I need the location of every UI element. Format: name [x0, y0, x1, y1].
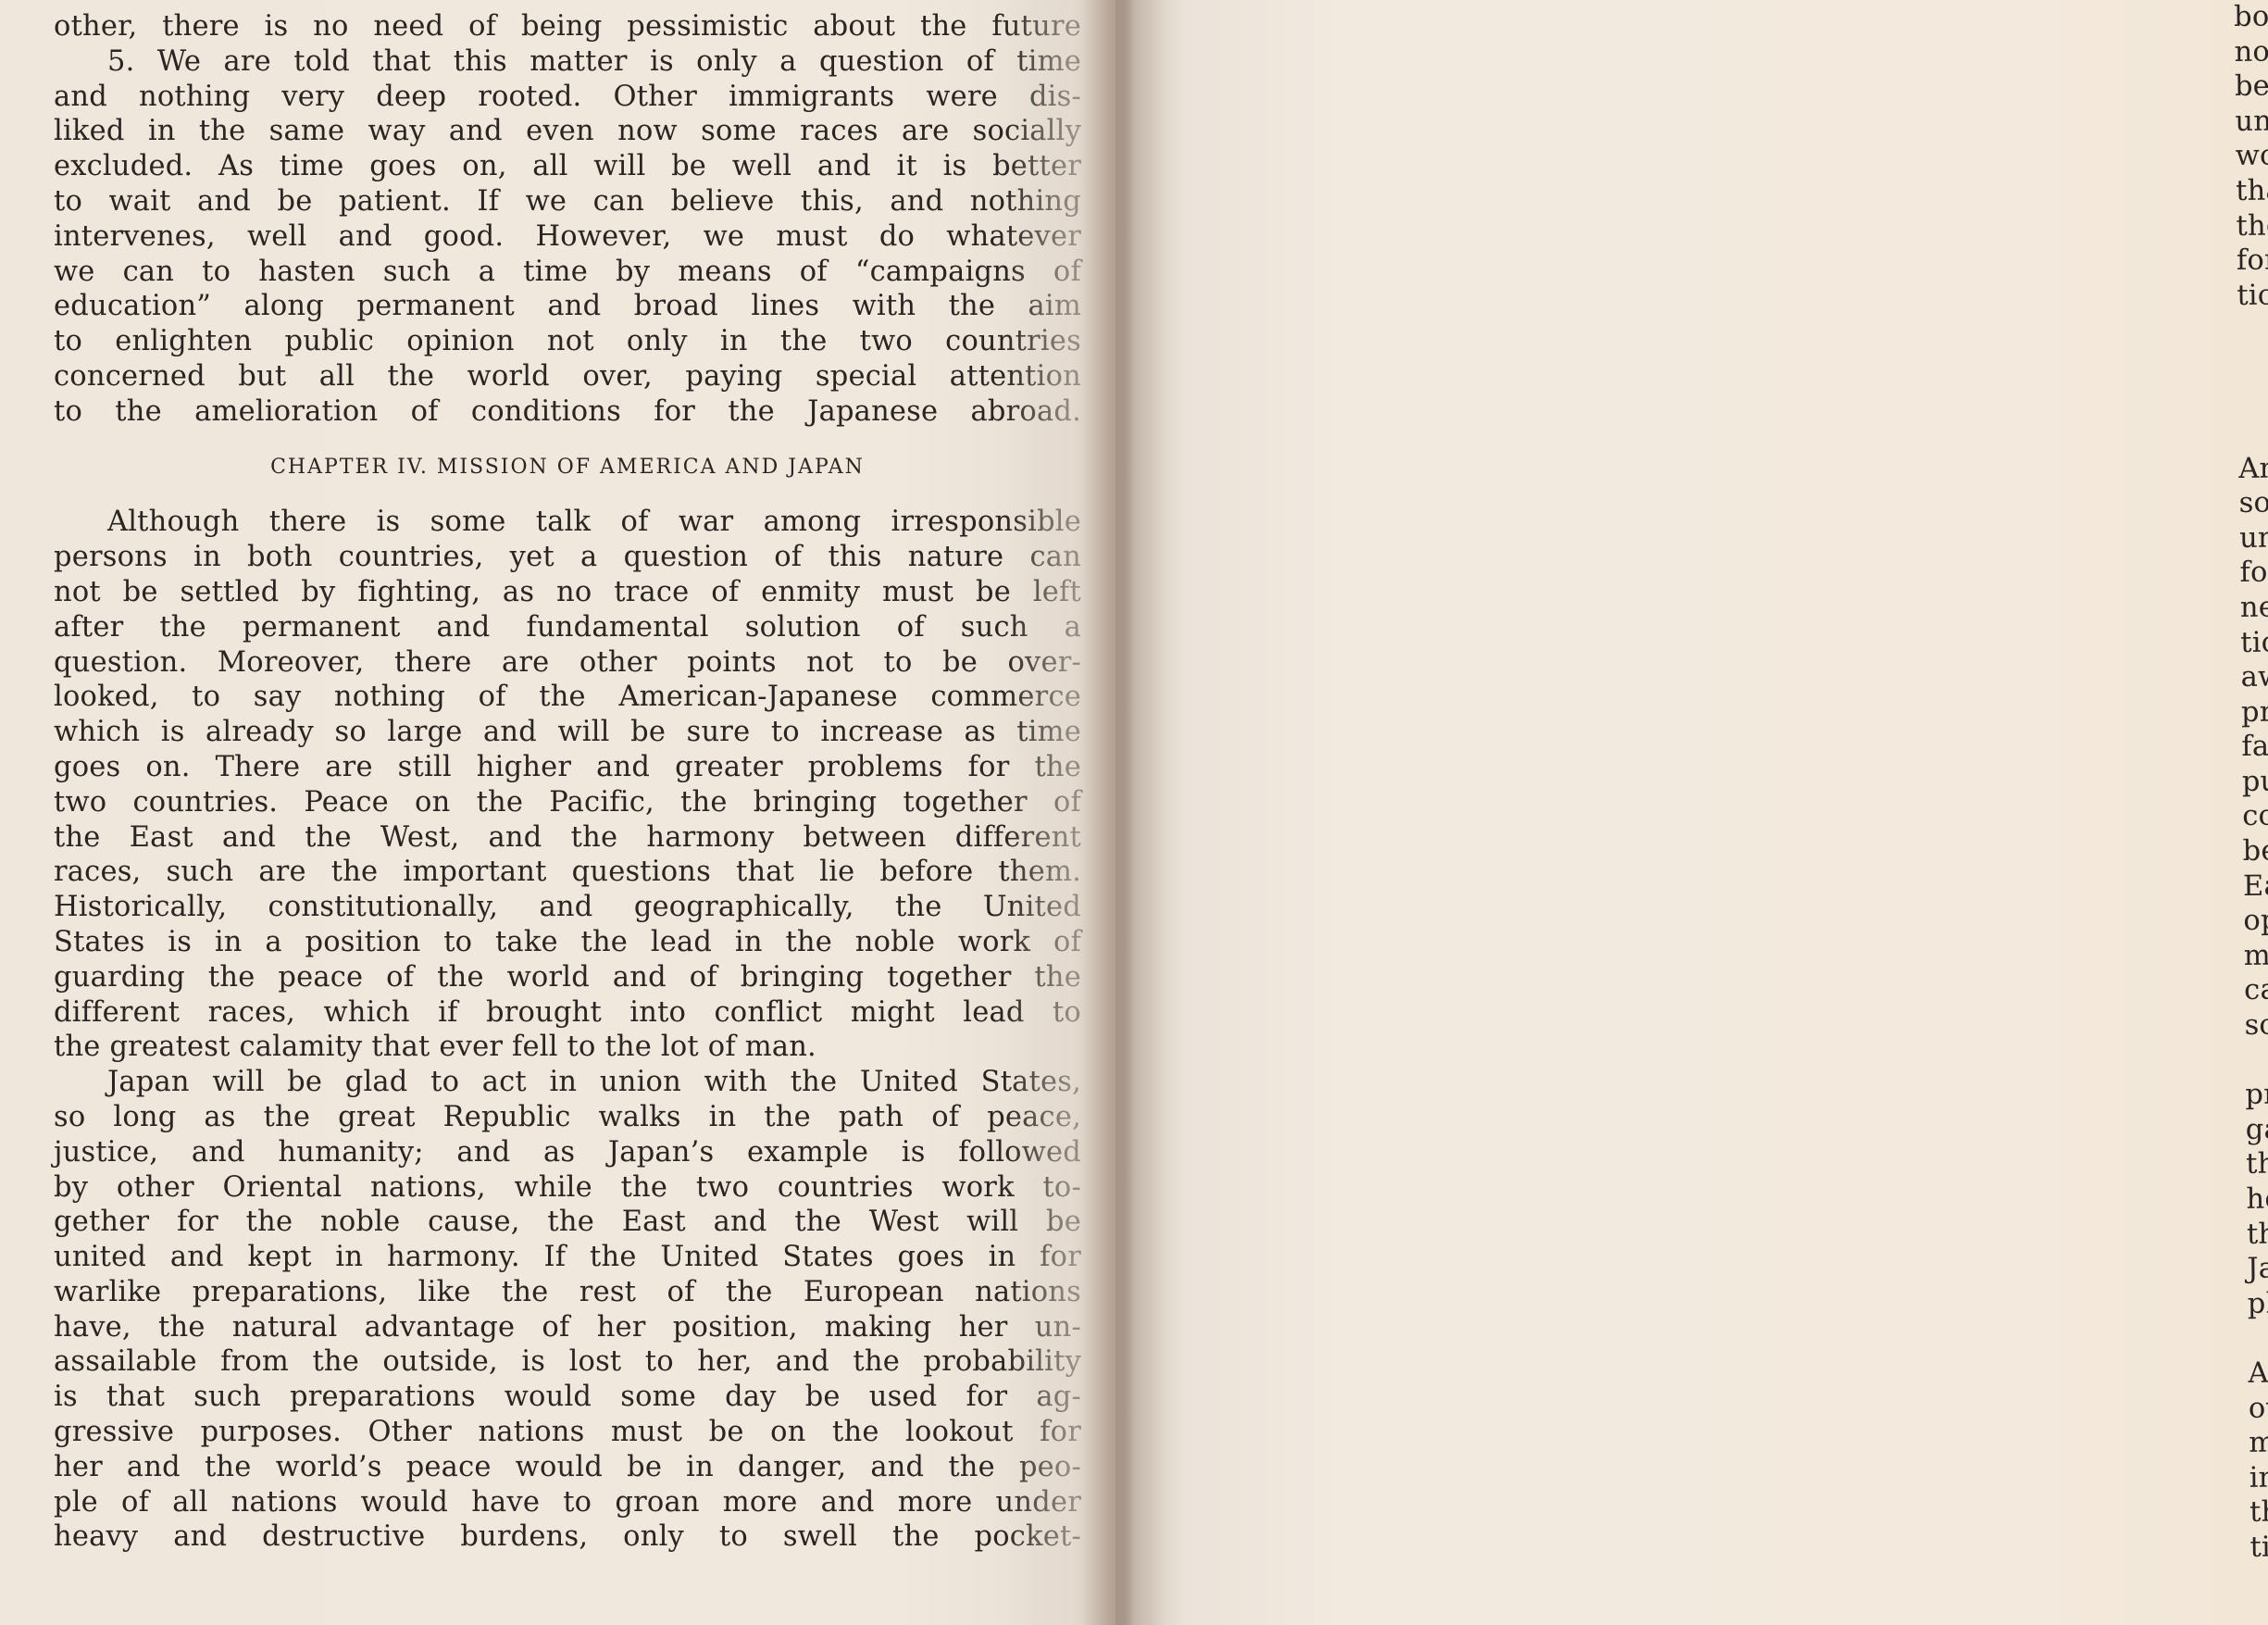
- text-line: education” along permanent and broad lin…: [54, 289, 1081, 324]
- text-line: not be settled by fighting, as no trace …: [54, 575, 1081, 610]
- text-line: warlike preparations, like the rest of t…: [54, 1275, 1081, 1310]
- text-line: other, there is no need of being pessimi…: [54, 9, 1081, 44]
- text-line: Japan will be glad to act in union with …: [54, 1065, 1081, 1100]
- text-line: different races, which if brought into c…: [54, 995, 1081, 1031]
- text-line: which is already so large and will be su…: [54, 715, 1081, 750]
- text-line: the greatest calamity that ever fell to …: [54, 1030, 1081, 1065]
- text-line: races, such are the important questions …: [54, 855, 1081, 890]
- chapter-iv-body: Although there is some talk of war among…: [54, 505, 1081, 1555]
- text-line: States is in a position to take the lead…: [54, 925, 1081, 960]
- text-line: we can to hasten such a time by means of…: [54, 255, 1081, 290]
- text-line: intervenes, well and good. However, we m…: [54, 219, 1081, 255]
- chapter-iv-conclusion: books of the manufacturers of man-killin…: [2234, 0, 2268, 313]
- text-line: concerned but all the world over, paying…: [54, 359, 1081, 394]
- left-page: other, there is no need of being pessimi…: [0, 0, 1115, 1625]
- text-line: persons in both countries, yet a questio…: [54, 540, 1081, 575]
- text-line: goes on. There are still higher and grea…: [54, 750, 1081, 785]
- text-line: justice, and humanity; and as Japan’s ex…: [54, 1135, 1081, 1170]
- chapter-iv-heading: CHAPTER IV. MISSION OF AMERICA AND JAPAN: [54, 450, 1081, 485]
- chapter-v-body: 1. Japan, which was once petted like a c…: [2238, 406, 2268, 1565]
- text-line: to wait and be patient. If we can believ…: [54, 184, 1081, 219]
- text-line: two countries. Peace on the Pacific, the…: [54, 785, 1081, 820]
- text-line: so long as the great Republic walks in t…: [54, 1100, 1081, 1135]
- text-line: books of the manufacturers of man-killin…: [2234, 0, 2268, 35]
- text-line: guarding the peace of the world and of b…: [54, 960, 1081, 995]
- text-line: looked, to say nothing of the American-J…: [54, 680, 1081, 715]
- text-line: by other Oriental nations, while the two…: [54, 1170, 1081, 1206]
- text-line: united and kept in harmony. If the Unite…: [54, 1240, 1081, 1275]
- text-line: Historically, constitutionally, and geog…: [54, 890, 1081, 925]
- text-line: heavy and destructive burdens, only to s…: [54, 1519, 1081, 1555]
- text-line: ple of all nations would have to groan m…: [54, 1485, 1081, 1520]
- text-line: question. Moreover, there are other poin…: [54, 645, 1081, 681]
- text-line: to the amelioration of conditions for th…: [54, 394, 1081, 430]
- text-line: 5. We are told that this matter is only …: [54, 44, 1081, 80]
- text-line: after the permanent and fundamental solu…: [54, 610, 1081, 645]
- text-line: liked in the same way and even now some …: [54, 114, 1081, 149]
- right-page-text: books of the manufacturers of man-killin…: [2234, 0, 2268, 1565]
- left-page-text: other, there is no need of being pessimi…: [54, 9, 1081, 1555]
- text-line: the East and the West, and the harmony b…: [54, 820, 1081, 856]
- text-line: Although there is some talk of war among…: [54, 505, 1081, 540]
- text-line: excluded. As time goes on, all will be w…: [54, 149, 1081, 184]
- text-line: to enlighten public opinion not only in …: [54, 324, 1081, 359]
- left-page-continuation-paragraphs: other, there is no need of being pessimi…: [54, 9, 1081, 430]
- right-page: books of the manufacturers of man-killin…: [1115, 0, 2268, 1625]
- book-spread: other, there is no need of being pessimi…: [0, 0, 2268, 1625]
- text-line: is that such preparations would some day…: [54, 1380, 1081, 1415]
- text-line: gether for the noble cause, the East and…: [54, 1205, 1081, 1240]
- text-line: and nothing very deep rooted. Other immi…: [54, 80, 1081, 115]
- text-line: have, the natural advantage of her posit…: [54, 1310, 1081, 1345]
- right-gutter-shadow: [1115, 0, 1180, 1625]
- text-line: gressive purposes. Other nations must be…: [54, 1415, 1081, 1450]
- text-line: assailable from the outside, is lost to …: [54, 1344, 1081, 1380]
- text-line: her and the world’s peace would be in da…: [54, 1450, 1081, 1485]
